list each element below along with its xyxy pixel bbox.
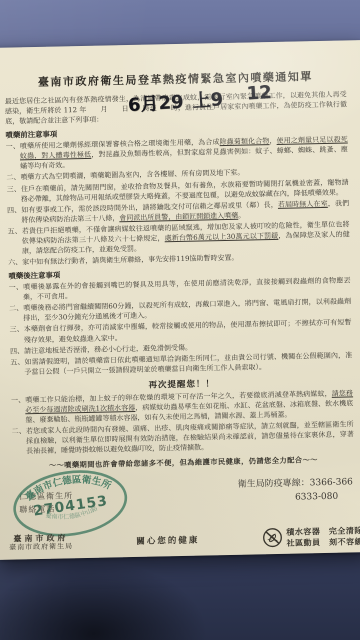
reminder-item: 二、若您或家人在此段時間內有發燒、頭痛、出疹、肌肉痠痛或關節痛等症狀，請立刻就醫…	[12, 420, 355, 457]
government-name-block: 臺南市政府 臺南市政府衛生局	[9, 532, 73, 554]
intro-paragraph: 最近您居住之社區內有登革熱疫情發生，為消滅帶病毒之成蚊，需執行室內緊急噴藥工作，…	[5, 89, 348, 126]
no-mosquito-icon	[262, 527, 283, 548]
notice-paper: 臺南市政府衛生局登革熱疫情緊急室內噴藥通知單 最近您居住之社區內有登革熱疫情發生…	[0, 40, 360, 560]
care-slogan: 關心您的健康	[136, 533, 199, 546]
slogan-text: 積水容器 完全清除 社區動員 刻不容緩	[286, 525, 360, 549]
slogan-line2: 社區動員 刻不容緩	[286, 536, 360, 549]
health-bureau-hotline: 衛生局防疫專線：3366-366 6333-080	[238, 472, 354, 524]
gov-line2: 臺南市政府衛生局	[9, 543, 73, 554]
footer-contact-row: 仁德區衛生所 聯絡電話 臺南市仁德區衛生所 2704153 臺南市仁德區中山路 …	[13, 472, 356, 529]
hotline-line2: 6333-080	[238, 490, 353, 506]
photo-of-document: { "colors":{ "background_navy":"#3f4766"…	[0, 0, 360, 640]
dengue-slogan-block: 積水容器 完全清除 社區動員 刻不容緩	[262, 525, 360, 549]
notice-content: 臺南市政府衛生局登革熱疫情緊急室內噴藥通知單 最近您居住之社區內有登革熱疫情發生…	[0, 40, 360, 560]
page-title: 臺南市政府衛生局登革熱疫情緊急室內噴藥通知單	[4, 67, 346, 90]
